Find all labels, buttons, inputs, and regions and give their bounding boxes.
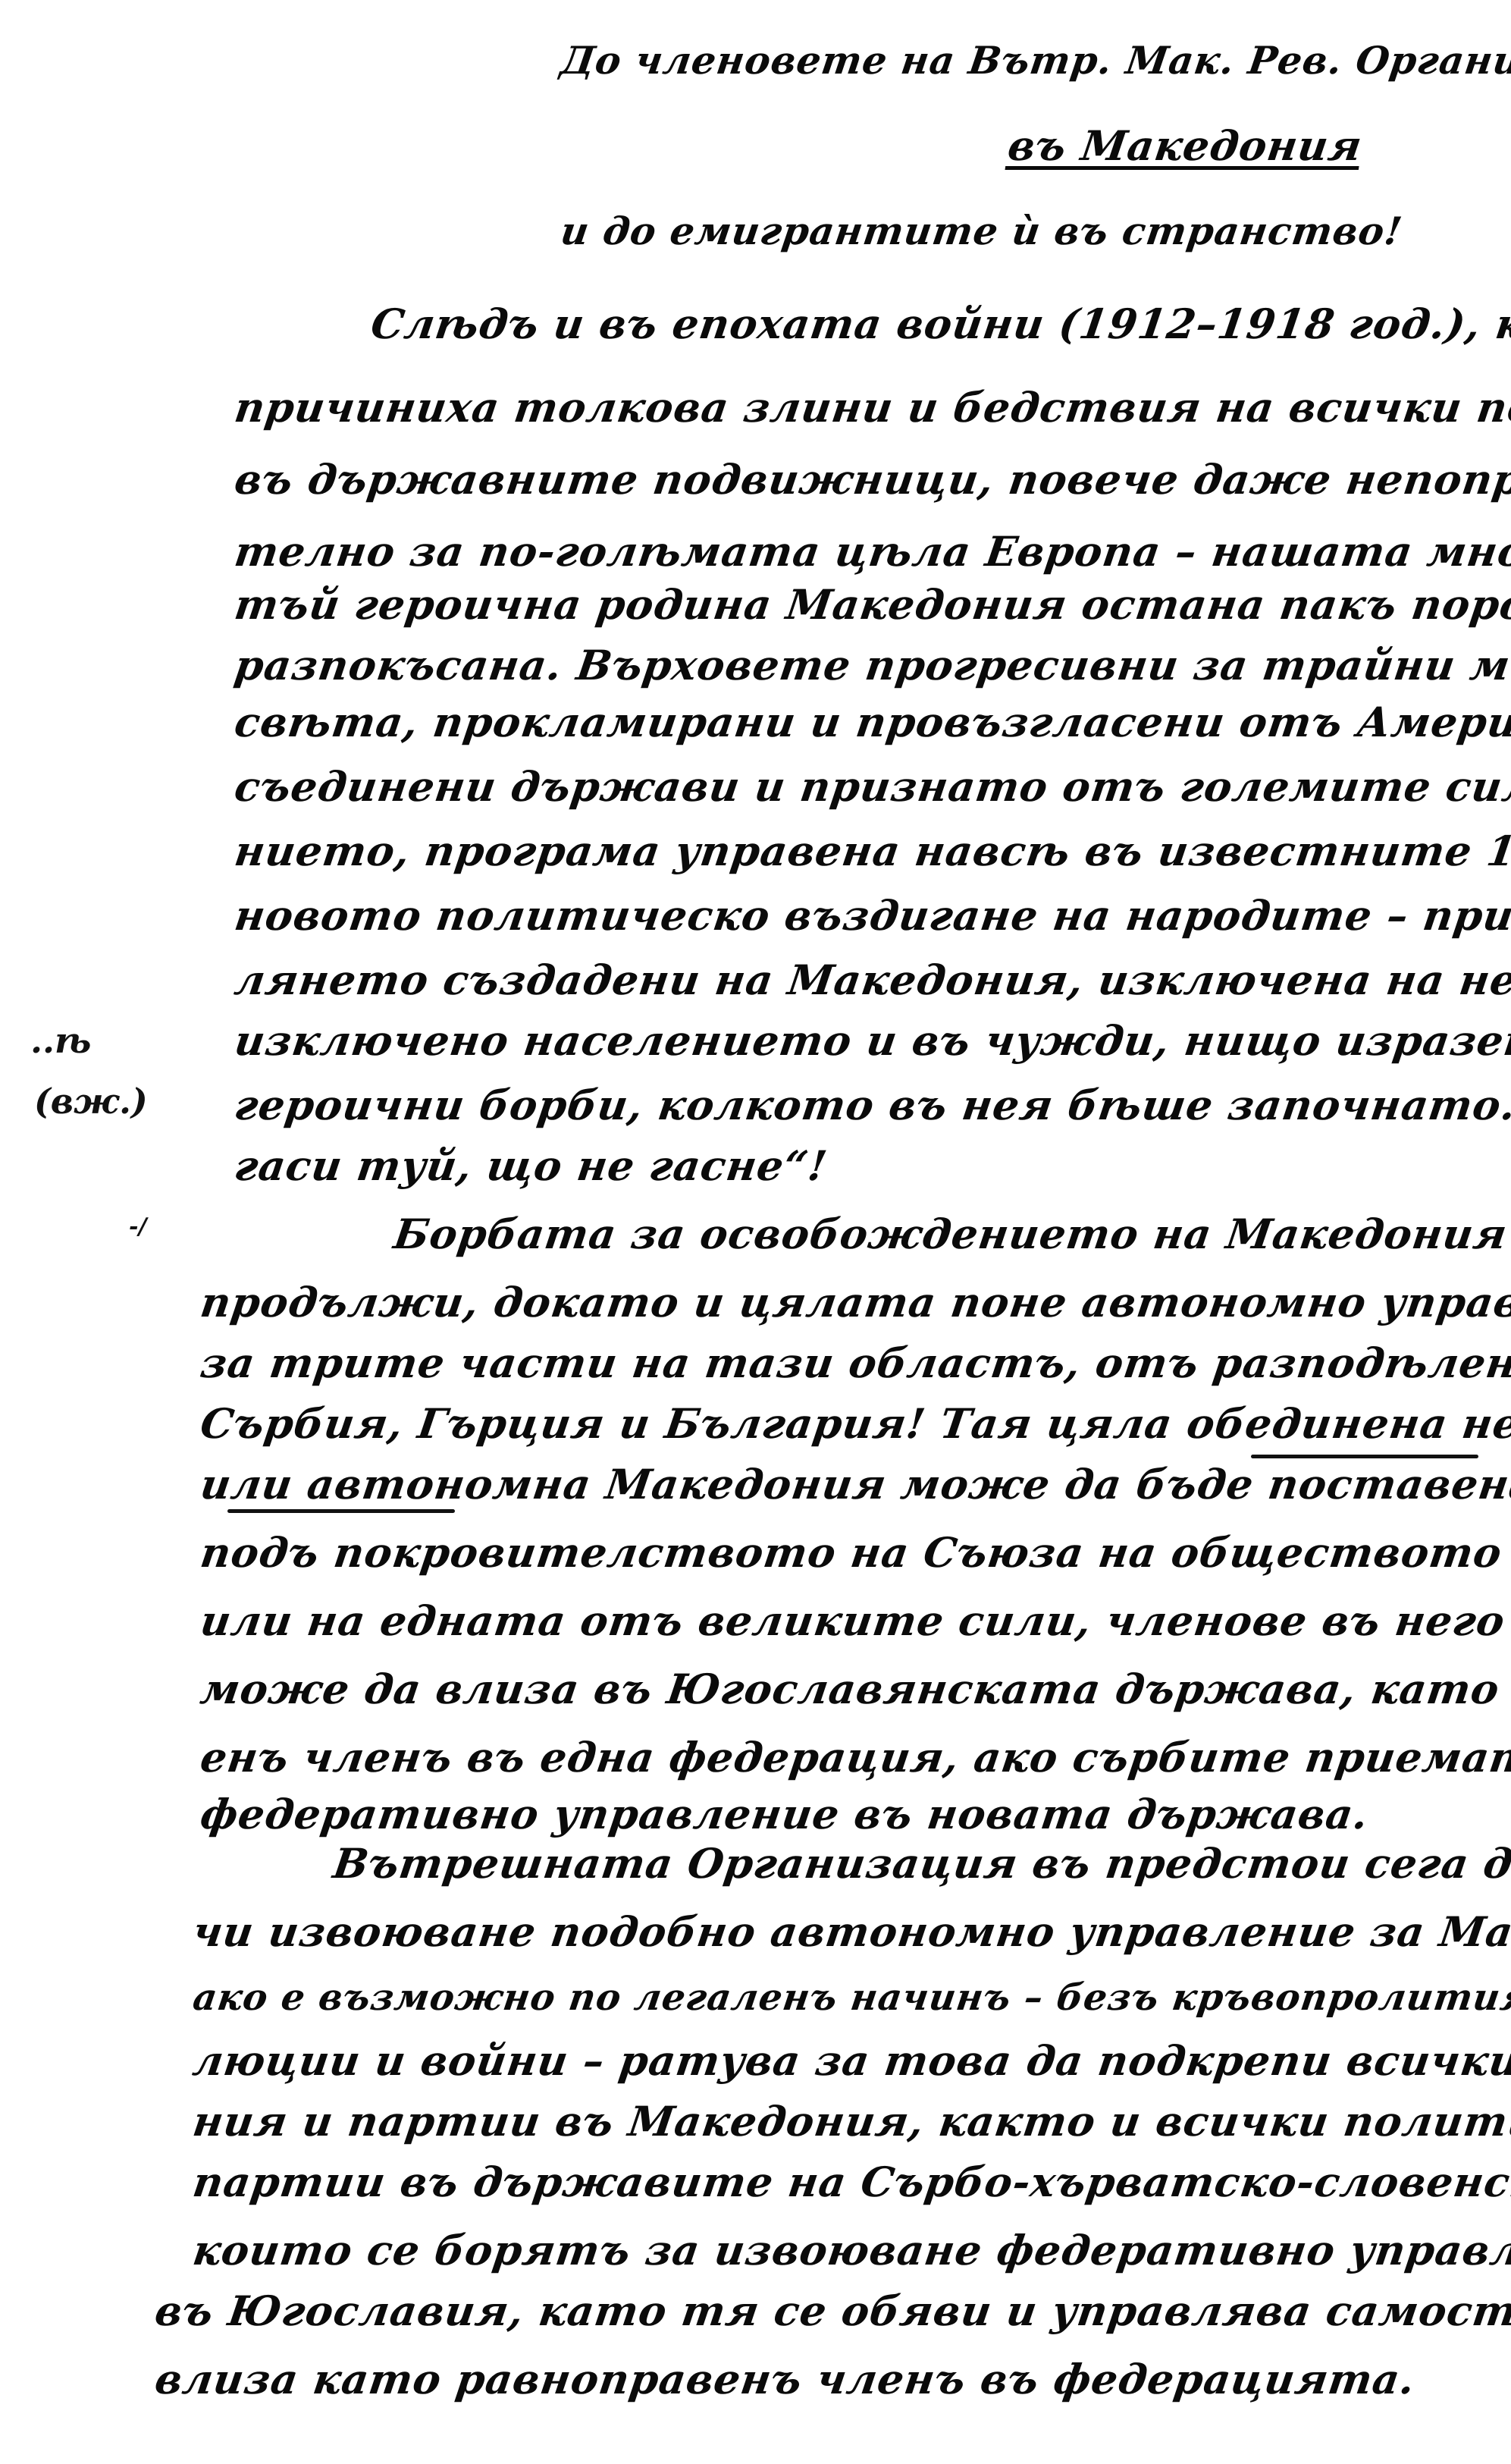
p2-line-10: федеративно управление въ новата държава… (198, 1794, 1371, 1835)
margin-note-3: -/ (129, 1213, 146, 1240)
p1-line-4: телно за по-голѣмата цѣла Европа – нашат… (232, 531, 1511, 572)
header-line-1: До членовете на Вътр. Мак. Рев. Организа… (558, 42, 1511, 80)
p3-line-2: чи извоюване подобно автономно управлени… (190, 1911, 1511, 1952)
p3-line-8: въ Югославия, като тя се обяви и управля… (152, 2290, 1511, 2331)
margin-note-1: ..ѣ (30, 1020, 91, 1061)
underline-avtonomna (227, 1509, 455, 1513)
manuscript-page: До членовете на Вътр. Мак. Рев. Организа… (0, 0, 1511, 2464)
p3-line-1: Вътрешната Организация въ предстои сега … (331, 1843, 1511, 1884)
p2-line-1: Борбата за освобождението на Македония щ… (391, 1213, 1511, 1254)
p1-line-11: лянето създадени на Македония, изключена… (232, 959, 1511, 1000)
p2-line-8: може да влиза въ Югославянската държава,… (198, 1668, 1511, 1709)
p2-line-5: или автономна Македония може да бъде пос… (198, 1464, 1511, 1505)
p1-line-2: причиниха толкова злини и бедствия на вс… (232, 387, 1511, 428)
p3-line-7: които се борятъ за извоюване федеративно… (190, 2230, 1511, 2271)
p1-line-1: Слѣдъ и въ епохата войни (1912–1918 год.… (368, 303, 1511, 344)
p2-line-3: за трите части на тази областъ, отъ разп… (198, 1342, 1511, 1383)
p1-line-7: свѣта, прокламирани и провъзгласени отъ … (232, 702, 1511, 742)
p1-line-10: новото политическо въздигане на народите… (232, 895, 1511, 936)
p3-line-5: ния и партии въ Македония, както и всичк… (190, 2101, 1511, 2142)
p2-line-4: Сърбия, Гърция и България! Тая цяла обед… (198, 1403, 1511, 1444)
p1-line-3: въ държавните подвижници, повече даже не… (232, 459, 1511, 500)
p2-line-9: енъ членъ въ една федерация, ако сърбите… (198, 1737, 1511, 1778)
margin-note-2: (вж.) (34, 1081, 148, 1122)
p3-line-6: партии въ държавите на Сърбо-хърватско-с… (190, 2161, 1511, 2202)
header-line-3: и до емигрантите ѝ въ странство! (558, 212, 1404, 250)
p1-line-12: изключено населението и въ чужди, нищо и… (232, 1020, 1511, 1061)
p1-line-14: гаси туй, що не гасне“! (232, 1145, 830, 1186)
p2-line-2: продължи, докато и цялата поне автономно… (198, 1282, 1511, 1323)
p3-line-3: ако е възможно по легаленъ начинъ – безъ… (191, 1979, 1511, 2016)
p2-line-6: подъ покровителството на Съюза на общест… (198, 1532, 1511, 1573)
underline-nezavisima (1251, 1455, 1478, 1458)
p1-line-9: нието, програма управена навсѣ въ извест… (232, 830, 1511, 871)
header-line-2: въ Македония (1005, 125, 1365, 166)
p1-line-6: разпокъсана. Върховете прогресивни за тр… (232, 645, 1511, 686)
p2-line-7: или на едната отъ великите сили, членове… (198, 1600, 1511, 1641)
p1-line-8: съединени държави и признато отъ големит… (232, 766, 1511, 807)
p1-line-13: героични борби, колкото въ нея бѣше запо… (232, 1084, 1511, 1125)
p3-line-4: люции и войни – ратува за това да подкре… (190, 2040, 1511, 2081)
p3-line-9: влиза като равноправенъ членъ въ федерац… (152, 2359, 1418, 2400)
p1-line-5: тъй героична родина Македония остана пак… (232, 584, 1511, 625)
